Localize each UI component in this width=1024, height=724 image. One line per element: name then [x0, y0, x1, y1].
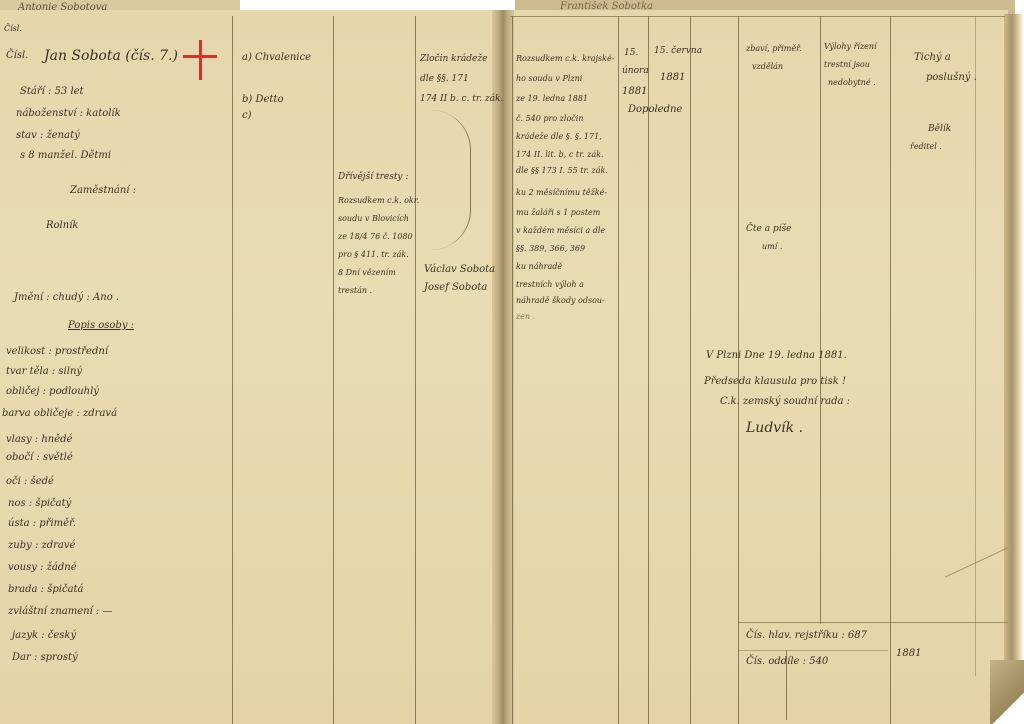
prior-punishment-line: trestán . — [338, 286, 372, 295]
age: Stáří : 53 let — [20, 86, 84, 98]
sentence-line: dle §§ 173 I. 55 tr. zák. — [516, 166, 608, 175]
sentence-line: ho soudu v Plzni — [516, 74, 582, 83]
religion: náboženství : katolík — [16, 108, 121, 120]
description-line: vlasy : hnědé — [6, 434, 72, 446]
description-line: obočí : světlé — [6, 452, 73, 464]
costs-line: trestní jsou — [824, 60, 870, 69]
residence-a: a) Chvalenice — [242, 52, 311, 64]
sentence-line: trestních výloh a — [516, 280, 584, 289]
row-rule — [738, 622, 1008, 623]
director-signature: Bělík — [928, 124, 951, 134]
sentence-line: ku náhradě — [516, 262, 562, 271]
signature: Josef Sobota — [424, 282, 487, 294]
column-rule — [512, 16, 513, 724]
judge-signature: Ludvík . — [746, 420, 803, 436]
prior-punishment-line: ze 18/4 76 č. 1080 — [338, 232, 413, 241]
sentence-line: §§. 389, 366, 369 — [516, 244, 585, 253]
crime-line: Zločin krádeže — [420, 54, 487, 64]
ledger-scan: Antonie Sobotova František Sobotka Čísl.… — [0, 0, 1024, 724]
sentence-line: v každém měsíci a dle — [516, 226, 605, 235]
residence-c: c) — [242, 110, 252, 122]
sentence-line: 174 II. lit. b, c tr. zák. — [516, 150, 604, 159]
column-rule — [648, 16, 649, 724]
column-rule — [415, 16, 416, 724]
description-line: barva obličeje : zdravá — [2, 408, 117, 420]
description-line: ústa : přiměř. — [8, 518, 76, 530]
education-line: zbaví, přiměř. — [746, 44, 802, 53]
certification-line: C.k. zemský soudní rada : — [720, 396, 850, 408]
register-number: Čís. hlav. rejstříku : 687 — [746, 630, 867, 642]
sentence-line: Rozsudkem c.k. krajské- — [516, 54, 614, 63]
release-time: Dopoledne — [628, 104, 682, 116]
description-line: jazyk : český — [12, 630, 76, 642]
pen-stroke — [430, 110, 471, 250]
sentence-line: mu žaláři s 1 postem — [516, 208, 600, 217]
description-label: Popis osoby : — [68, 320, 134, 332]
crime-line: dle §§. 171 — [420, 74, 469, 84]
release-year: 1881 — [660, 72, 685, 84]
page-edge — [1004, 14, 1024, 714]
prior-punishment-line: pro § 411. tr. zák. — [338, 250, 409, 259]
column-rule — [890, 16, 891, 724]
signature: Václav Sobota — [424, 264, 495, 276]
sentence-line: č. 540 pro zločin — [516, 114, 583, 123]
description-line: nos : špičatý — [8, 498, 71, 510]
torn-corner — [990, 660, 1024, 724]
column-rule — [232, 16, 233, 724]
column-rule — [690, 16, 691, 724]
residence-b: b) Detto — [242, 94, 283, 106]
person-name: Jan Sobota (čís. 7.) — [44, 48, 178, 64]
description-line: zuby : zdravé — [8, 540, 75, 552]
occupation-label: Zaměstnání : — [70, 185, 136, 197]
description-line: brada : špičatá — [8, 584, 84, 596]
release-date: 15. června — [654, 46, 702, 56]
number-label: Čísl. — [6, 50, 28, 62]
column-rule — [820, 16, 821, 624]
footer-year: 1881 — [896, 648, 921, 660]
property: Jmění : chudý : Ano . — [14, 292, 119, 304]
start-date-year: 1881 — [622, 86, 647, 98]
sentence-line: krádeže dle §. §. 171, — [516, 132, 602, 141]
description-line: vousy : žádné — [8, 562, 77, 574]
book-spine — [492, 10, 514, 724]
prior-punishment-line: 8 Dní vězením — [338, 268, 396, 277]
literacy-note: umí . — [762, 242, 782, 251]
number-label-overlay: Čísl. — [4, 24, 22, 33]
director-title: ředitel . — [910, 142, 942, 151]
crime-line: 174 II b. c. tr. zák. — [420, 94, 503, 104]
certification-line: Předseda klausula pro tisk ! — [704, 376, 846, 388]
description-line: velikost : prostřední — [6, 346, 108, 358]
description-line: Dar : sprostý — [12, 652, 78, 664]
description-line: obličej : podlouhlý — [6, 386, 99, 398]
right-page — [510, 10, 1008, 724]
costs-line: nedobytné . — [828, 78, 876, 87]
sentence-line: zen . — [516, 312, 535, 321]
costs-line: Výlohy řízení — [824, 42, 877, 51]
conduct-line: Tichý a — [914, 52, 951, 64]
red-cross-mark — [183, 40, 217, 80]
prior-punishment-line: soudu v Blovicích — [338, 214, 409, 223]
description-line: zvláštní znamení : — — [8, 606, 112, 618]
section-number: Čís. oddíle : 540 — [746, 656, 828, 668]
education-line: vzdělán — [752, 62, 783, 71]
top-rule — [510, 16, 1005, 17]
conduct-line: poslušný . — [926, 72, 977, 84]
sentence-line: náhradě škody odsou- — [516, 296, 605, 305]
occupation: Rolník — [46, 220, 78, 232]
column-rule — [738, 16, 739, 724]
column-rule — [618, 16, 619, 724]
row-rule — [738, 650, 888, 651]
start-date-day: 15. — [624, 48, 638, 58]
prior-punishment-line: Rozsudkem c.k. okr. — [338, 196, 419, 205]
description-line: tvar těla : silný — [6, 366, 82, 378]
start-date-month: února — [622, 66, 649, 76]
marital-status: stav : ženatý — [16, 130, 80, 142]
description-line: oči : šedé — [6, 476, 54, 488]
sentence-line: ze 19. ledna 1881 — [516, 94, 588, 103]
literacy-note: Čte a píše — [746, 224, 792, 234]
column-rule — [333, 16, 334, 724]
children: s 8 manžel. Dětmi — [20, 150, 111, 162]
certification-line: V Plzni Dne 19. ledna 1881. — [706, 350, 847, 362]
sentence-line: ku 2 měsíčnímu těžké- — [516, 188, 607, 197]
prior-punishments-title: Dřívější tresty : — [338, 172, 408, 182]
